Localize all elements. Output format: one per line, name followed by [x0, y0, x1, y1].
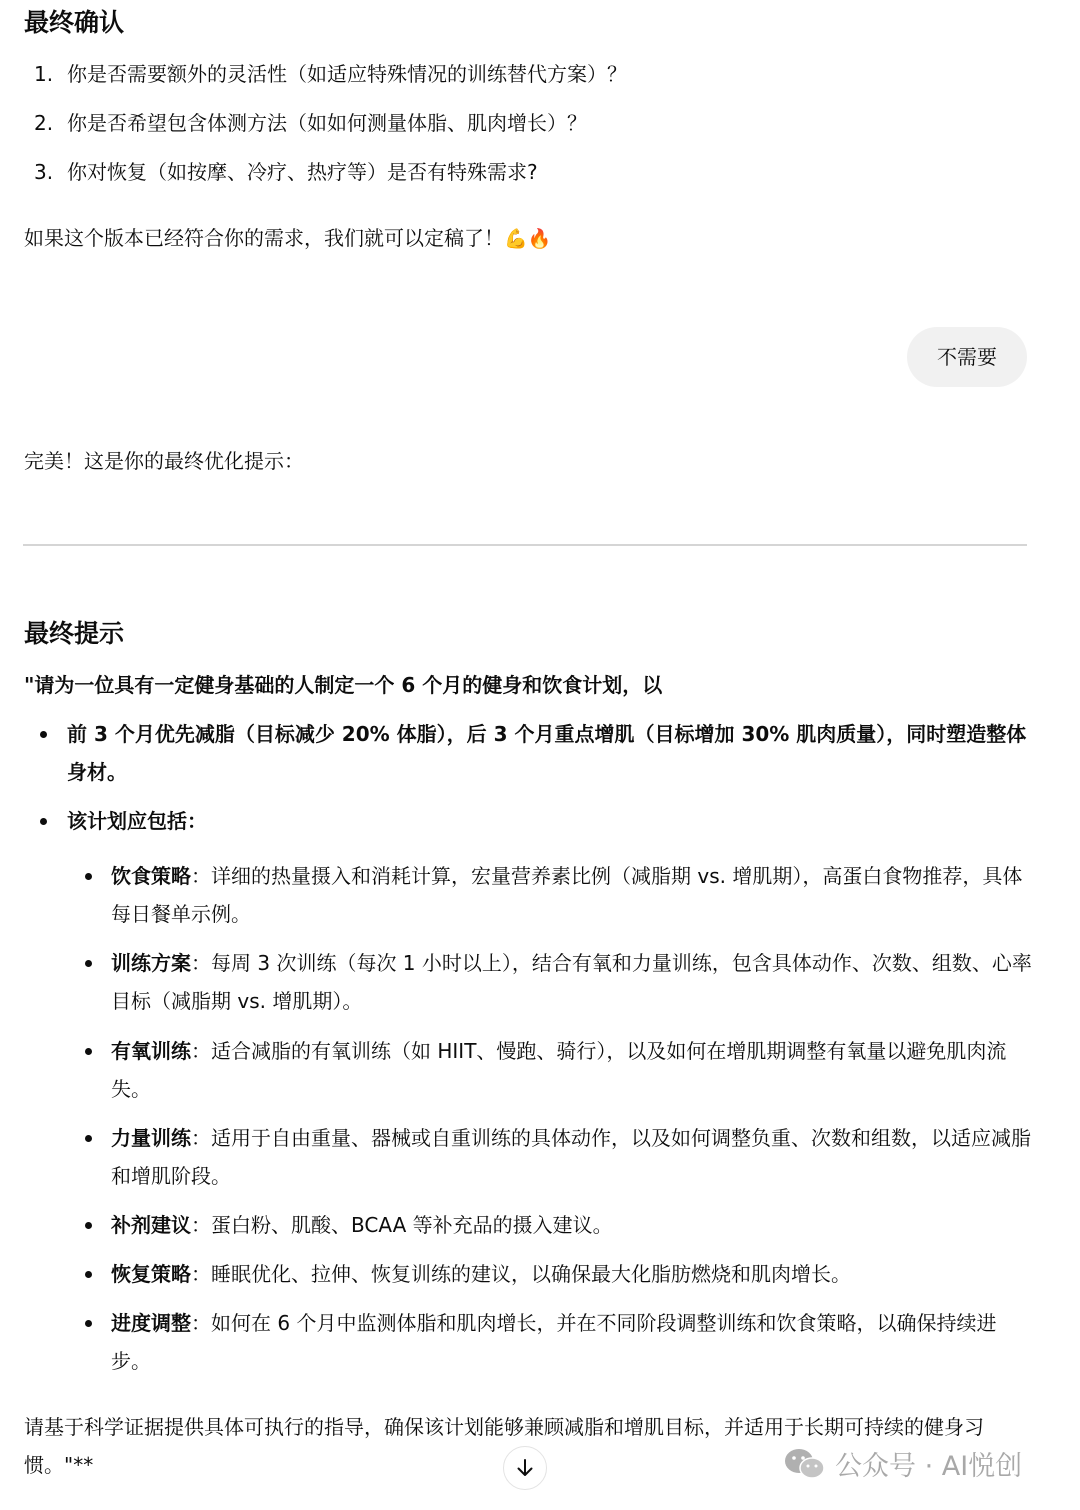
confirm-closing-text: 如果这个版本已经符合你的需求，我们就可以定稿了！💪🔥 — [24, 219, 1034, 258]
watermark-text: 公众号 · AI悦创 — [835, 1444, 1022, 1483]
sub-bullet-diet: 饮食策略：详细的热量摄入和消耗计算，宏量营养素比例（减脂期 vs. 增肌期），高… — [111, 857, 1036, 933]
bullet-dot-icon — [85, 1320, 92, 1327]
assistant-intro-text: 完美！这是你的最终优化提示： — [24, 442, 1034, 480]
horizontal-divider — [23, 544, 1027, 546]
bullet-text: 该计划应包括： — [67, 809, 207, 833]
question-item-2: 2.你是否希望包含体测方法（如如何测量体脂、肌肉增长）？ — [34, 108, 587, 138]
bullet-dot-icon — [40, 818, 47, 825]
sub-bullet-text: 适合减脂的有氧训练（如 HIIT、慢跑、骑行），以及如何在增肌期调整有氧量以避免… — [111, 1039, 1006, 1101]
closing-text: 如果这个版本已经符合你的需求，我们就可以定稿了！ — [24, 226, 504, 250]
sub-bullet-label: 训练方案 — [111, 951, 191, 975]
bullet-item-goals: 前 3 个月优先减脂（目标减少 20% 体脂），后 3 个月重点增肌（目标增加 … — [67, 715, 1032, 791]
sub-bullet-strength: 力量训练：适用于自由重量、器械或自重训练的具体动作，以及如何调整负重、次数和组数… — [111, 1119, 1036, 1195]
sub-bullet-label: 力量训练 — [111, 1126, 191, 1150]
sub-bullet-label: 有氧训练 — [111, 1039, 191, 1063]
final-confirm-heading: 最终确认 — [24, 6, 124, 40]
user-message-bubble: 不需要 — [907, 327, 1027, 387]
scroll-to-bottom-button[interactable] — [503, 1446, 547, 1490]
sub-bullet-text: 详细的热量摄入和消耗计算，宏量营养素比例（减脂期 vs. 增肌期），高蛋白食物推… — [111, 864, 1022, 926]
sub-bullet-text: 蛋白粉、肌酸、BCAA 等补充品的摄入建议。 — [211, 1213, 613, 1237]
sub-bullet-text: 适用于自由重量、器械或自重训练的具体动作，以及如何调整负重、次数和组数，以适应减… — [111, 1126, 1031, 1188]
sub-bullet-label: 进度调整 — [111, 1311, 191, 1335]
separator: ： — [191, 864, 211, 888]
question-item-3: 3.你对恢复（如按摩、冷疗、热疗等）是否有特殊需求? — [34, 157, 538, 187]
sub-bullet-label: 饮食策略 — [111, 864, 191, 888]
separator: ： — [191, 1311, 211, 1335]
question-text: 你是否需要额外的灵活性（如适应特殊情况的训练替代方案）？ — [67, 62, 627, 86]
sub-bullet-text: 如何在 6 个月中监测体脂和肌肉增长，并在不同阶段调整训练和饮食策略，以确保持续… — [111, 1311, 996, 1373]
sub-bullet-training-plan: 训练方案：每周 3 次训练（每次 1 小时以上），结合有氧和力量训练，包含具体动… — [111, 944, 1036, 1020]
sub-bullet-text: 睡眠优化、拉伸、恢复训练的建议，以确保最大化脂肪燃烧和肌肉增长。 — [211, 1262, 851, 1286]
sub-bullet-label: 补剂建议 — [111, 1213, 191, 1237]
bullet-text: 前 3 个月优先减脂（目标减少 20% 体脂），后 3 个月重点增肌（目标增加 … — [67, 722, 1026, 784]
bullet-dot-icon — [85, 873, 92, 880]
separator: ： — [191, 1213, 211, 1237]
final-prompt-heading: 最终提示 — [24, 617, 124, 651]
bullet-dot-icon — [85, 1048, 92, 1055]
watermark: 公众号 · AI悦创 — [783, 1444, 1022, 1483]
sub-bullet-supplements: 补剂建议：蛋白粉、肌酸、BCAA 等补充品的摄入建议。 — [111, 1206, 1036, 1244]
prompt-lead-text: "请为一位具有一定健身基础的人制定一个 6 个月的健身和饮食计划，以 — [24, 666, 1034, 704]
separator: ： — [191, 1126, 211, 1150]
sub-bullet-progress: 进度调整：如何在 6 个月中监测体脂和肌肉增长，并在不同阶段调整训练和饮食策略，… — [111, 1304, 1036, 1380]
bullet-dot-icon — [40, 731, 47, 738]
bullet-dot-icon — [85, 1222, 92, 1229]
sub-bullet-label: 恢复策略 — [111, 1262, 191, 1286]
question-text: 你对恢复（如按摩、冷疗、热疗等）是否有特殊需求? — [67, 160, 538, 184]
question-item-1: 1.你是否需要额外的灵活性（如适应特殊情况的训练替代方案）？ — [34, 59, 627, 89]
wechat-icon — [783, 1447, 827, 1481]
separator: ： — [191, 1039, 211, 1063]
chat-page: 最终确认 1.你是否需要额外的灵活性（如适应特殊情况的训练替代方案）？ 2.你是… — [0, 0, 1080, 1510]
list-number: 2. — [34, 108, 67, 138]
bullet-dot-icon — [85, 1271, 92, 1278]
separator: ： — [191, 1262, 211, 1286]
sub-bullet-text: 每周 3 次训练（每次 1 小时以上），结合有氧和力量训练，包含具体动作、次数、… — [111, 951, 1032, 1013]
sub-bullet-cardio: 有氧训练：适合减脂的有氧训练（如 HIIT、慢跑、骑行），以及如何在增肌期调整有… — [111, 1032, 1036, 1108]
list-number: 3. — [34, 157, 67, 187]
bullet-dot-icon — [85, 960, 92, 967]
bullet-dot-icon — [85, 1135, 92, 1142]
sub-bullet-recovery: 恢复策略：睡眠优化、拉伸、恢复训练的建议，以确保最大化脂肪燃烧和肌肉增长。 — [111, 1255, 1036, 1293]
muscle-fire-emoji-icon: 💪🔥 — [504, 228, 551, 250]
separator: ： — [191, 951, 211, 975]
bullet-item-includes: 该计划应包括： — [67, 802, 1032, 840]
list-number: 1. — [34, 59, 67, 89]
arrow-down-icon — [514, 1457, 536, 1479]
question-text: 你是否希望包含体测方法（如如何测量体脂、肌肉增长）？ — [67, 111, 587, 135]
